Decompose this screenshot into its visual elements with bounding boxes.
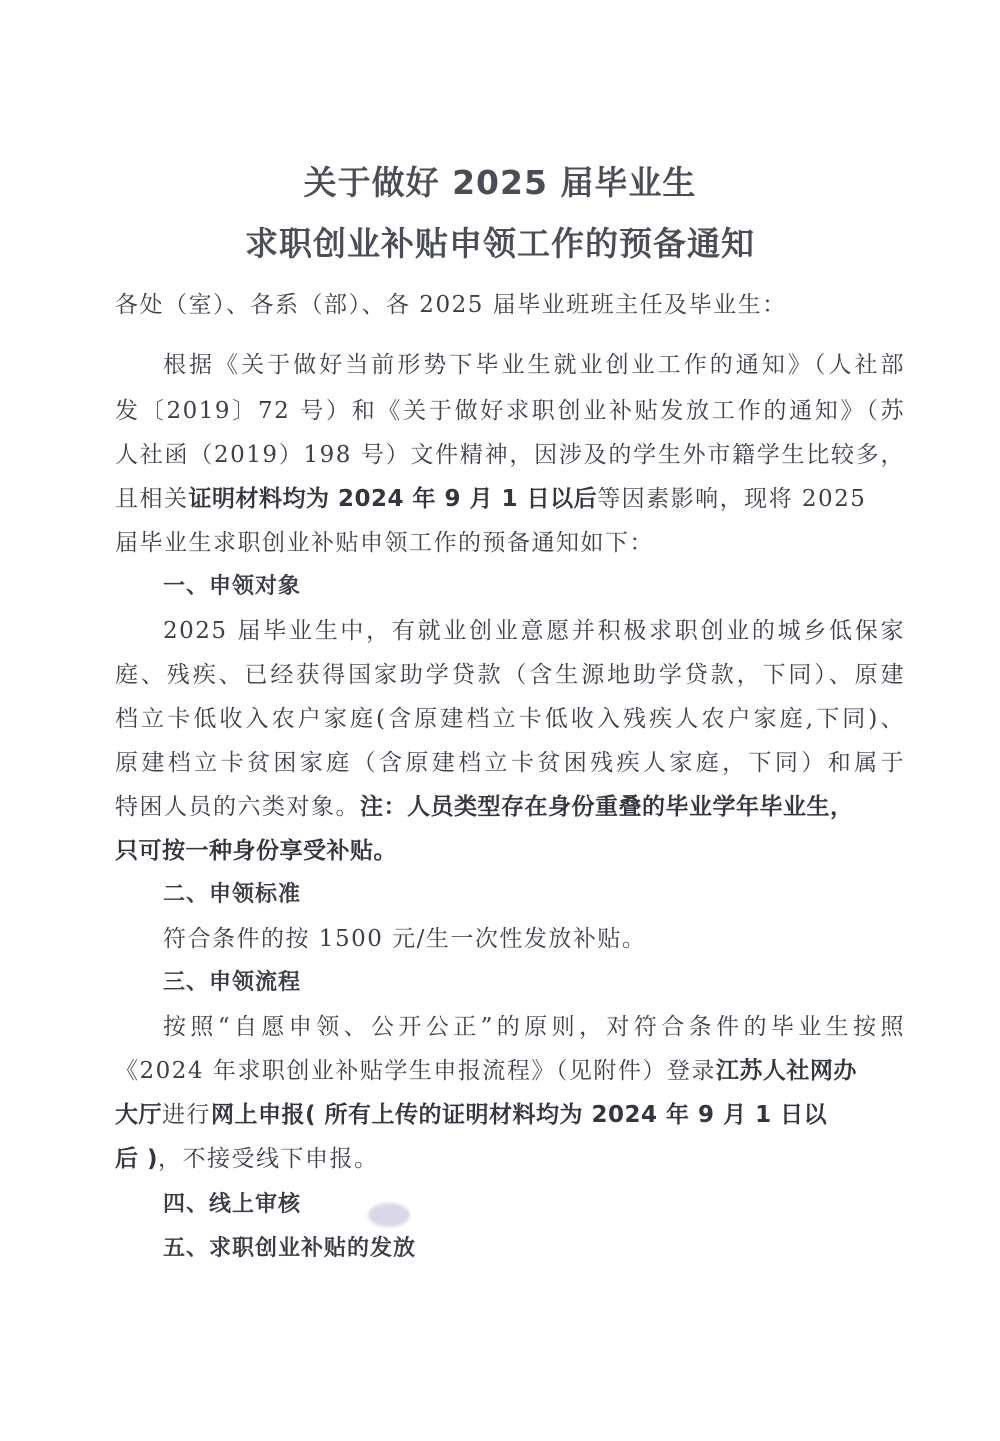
- intro-text: 且相关: [115, 486, 189, 512]
- intro-line-4: 且相关证明材料均为 2024 年 9 月 1 日以后等因素影响，现将 2025: [115, 484, 905, 514]
- section-1-note: 注：人员类型存在身份重叠的毕业学年毕业生，: [360, 794, 854, 820]
- intro-emphasis: 证明材料均为 2024 年 9 月 1 日以后: [189, 486, 598, 512]
- section-3-line-4: 后 )，不接受线下申报。: [115, 1144, 905, 1174]
- section-heading-4: 四、线上审核: [163, 1190, 301, 1220]
- section-3-emphasis: 大厅: [115, 1102, 162, 1128]
- section-3-line-2: 《2024 年求职创业补贴学生申报流程》（见附件）登录江苏人社网办: [115, 1056, 905, 1086]
- intro-text: 等因素影响，现将 2025: [597, 486, 866, 512]
- section-1-line-6: 只可按一种身份享受补贴。: [115, 836, 905, 866]
- section-1-line-5: 特困人员的六类对象。注：人员类型存在身份重叠的毕业学年毕业生，: [115, 792, 905, 822]
- section-3-emphasis: 江苏人社网办: [716, 1058, 857, 1084]
- section-1-line-4: 原建档立卡贫困家庭（含原建档立卡贫困残疾人家庭，下同）和属于: [115, 748, 905, 778]
- section-3-emphasis: 网上申报( 所有上传的证明材料均为 2024 年 9 月 1 日以: [211, 1102, 827, 1128]
- scan-smudge: [368, 1203, 410, 1227]
- section-1-note-cont: 只可按一种身份享受补贴。: [115, 838, 397, 864]
- intro-line-1: 根据《关于做好当前形势下毕业生就业创业工作的通知》（人社部: [163, 350, 905, 380]
- intro-line-3: 人社函（2019）198 号）文件精神，因涉及的学生外市籍学生比较多，: [115, 440, 905, 470]
- section-3-text: ，不接受线下申报。: [158, 1146, 379, 1172]
- section-heading-2: 二、申领标准: [163, 880, 301, 910]
- salutation: 各处（室）、各系（部）、各 2025 届毕业班班主任及毕业生：: [115, 290, 905, 320]
- section-2-line-1: 符合条件的按 1500 元/生一次性发放补贴。: [163, 924, 905, 954]
- document-page: 关于做好 2025 届毕业生 求职创业补贴申领工作的预备通知 各处（室）、各系（…: [0, 0, 1000, 1441]
- section-1-line-2: 庭、残疾、已经获得国家助学贷款（含生源地助学贷款，下同）、原建: [115, 660, 905, 690]
- section-3-line-1: 按照“自愿申领、公开公正”的原则，对符合条件的毕业生按照: [163, 1012, 905, 1042]
- section-heading-5: 五、求职创业补贴的发放: [163, 1234, 416, 1264]
- intro-line-2: 发〔2019〕72 号）和《关于做好求职创业补贴发放工作的通知》（苏: [115, 396, 905, 426]
- section-3-text: 进行: [162, 1102, 211, 1128]
- section-1-text: 特困人员的六类对象。: [115, 794, 360, 820]
- section-3-text: 《2024 年求职创业补贴学生申报流程》（见附件）登录: [115, 1058, 716, 1084]
- document-title-line-2: 求职创业补贴申领工作的预备通知: [0, 218, 1000, 265]
- section-heading-1: 一、申领对象: [163, 572, 301, 602]
- intro-line-5: 届毕业生求职创业补贴申领工作的预备通知如下：: [115, 528, 905, 558]
- section-1-line-3: 档立卡低收入农户家庭(含原建档立卡低收入残疾人农户家庭,下同)、: [115, 704, 905, 734]
- section-3-emphasis: 后 ): [115, 1146, 158, 1172]
- section-3-line-3: 大厅进行网上申报( 所有上传的证明材料均为 2024 年 9 月 1 日以: [115, 1100, 905, 1130]
- document-title-line-1: 关于做好 2025 届毕业生: [0, 157, 1000, 204]
- section-heading-3: 三、申领流程: [163, 968, 301, 998]
- section-1-line-1: 2025 届毕业生中，有就业创业意愿并积极求职创业的城乡低保家: [163, 616, 905, 646]
